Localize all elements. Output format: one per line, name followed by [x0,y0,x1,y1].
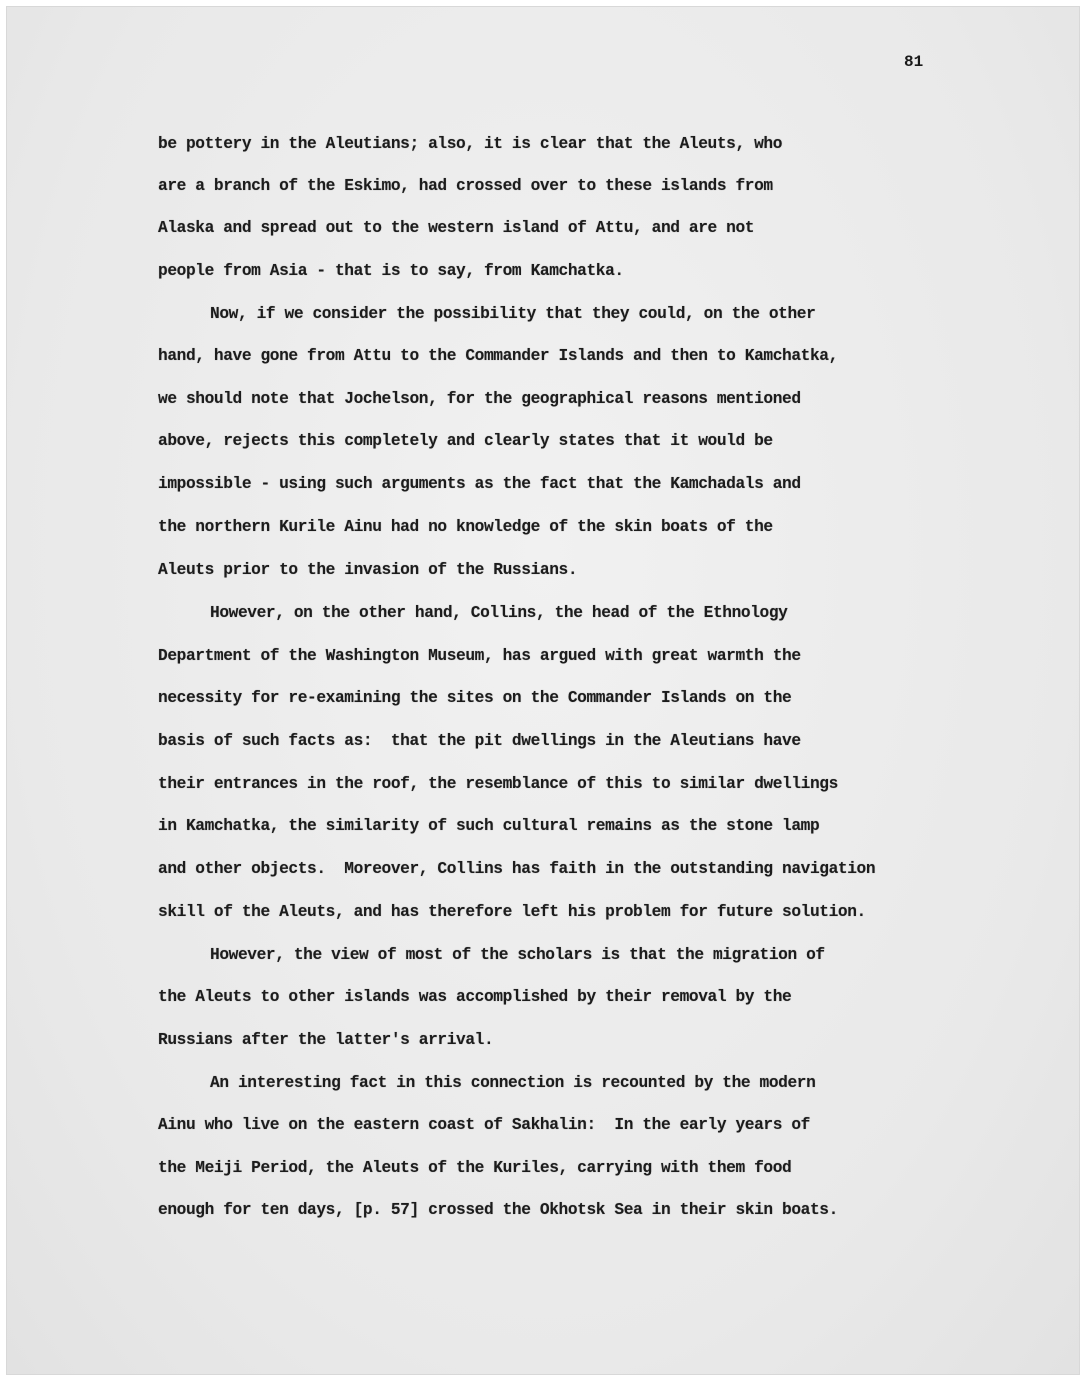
text-line: basis of such facts as: that the pit dwe… [158,732,801,750]
page-number: 81 [904,53,923,71]
text-line: Ainu who live on the eastern coast of Sa… [158,1116,810,1134]
text-line: Department of the Washington Museum, has… [158,647,801,665]
document-page: 81 be pottery in the Aleutians; also, it… [6,6,1080,1375]
text-line: the Aleuts to other islands was accompli… [158,988,791,1006]
text-line: people from Asia - that is to say, from … [158,262,624,280]
text-line: above, rejects this completely and clear… [158,432,773,450]
text-line: we should note that Jochelson, for the g… [158,390,801,408]
text-line: the northern Kurile Ainu had no knowledg… [158,518,773,536]
text-line: Aleuts prior to the invasion of the Russ… [158,561,577,579]
text-line: be pottery in the Aleutians; also, it is… [158,135,782,153]
text-line: in Kamchatka, the similarity of such cul… [158,817,819,835]
text-line: their entrances in the roof, the resembl… [158,775,838,793]
text-line: An interesting fact in this connection i… [210,1074,815,1092]
text-line: enough for ten days, [p. 57] crossed the… [158,1201,838,1219]
text-line: skill of the Aleuts, and has therefore l… [158,903,866,921]
text-line: Now, if we consider the possibility that… [210,305,815,323]
text-line: the Meiji Period, the Aleuts of the Kuri… [158,1159,791,1177]
text-line: However, on the other hand, Collins, the… [210,604,787,622]
text-line: necessity for re-examining the sites on … [158,689,791,707]
text-line: are a branch of the Eskimo, had crossed … [158,177,773,195]
text-line: However, the view of most of the scholar… [210,946,825,964]
text-line: hand, have gone from Attu to the Command… [158,347,838,365]
text-line: impossible - using such arguments as the… [158,475,801,493]
text-line: and other objects. Moreover, Collins has… [158,860,875,878]
text-line: Alaska and spread out to the western isl… [158,219,754,237]
text-line: Russians after the latter's arrival. [158,1031,493,1049]
